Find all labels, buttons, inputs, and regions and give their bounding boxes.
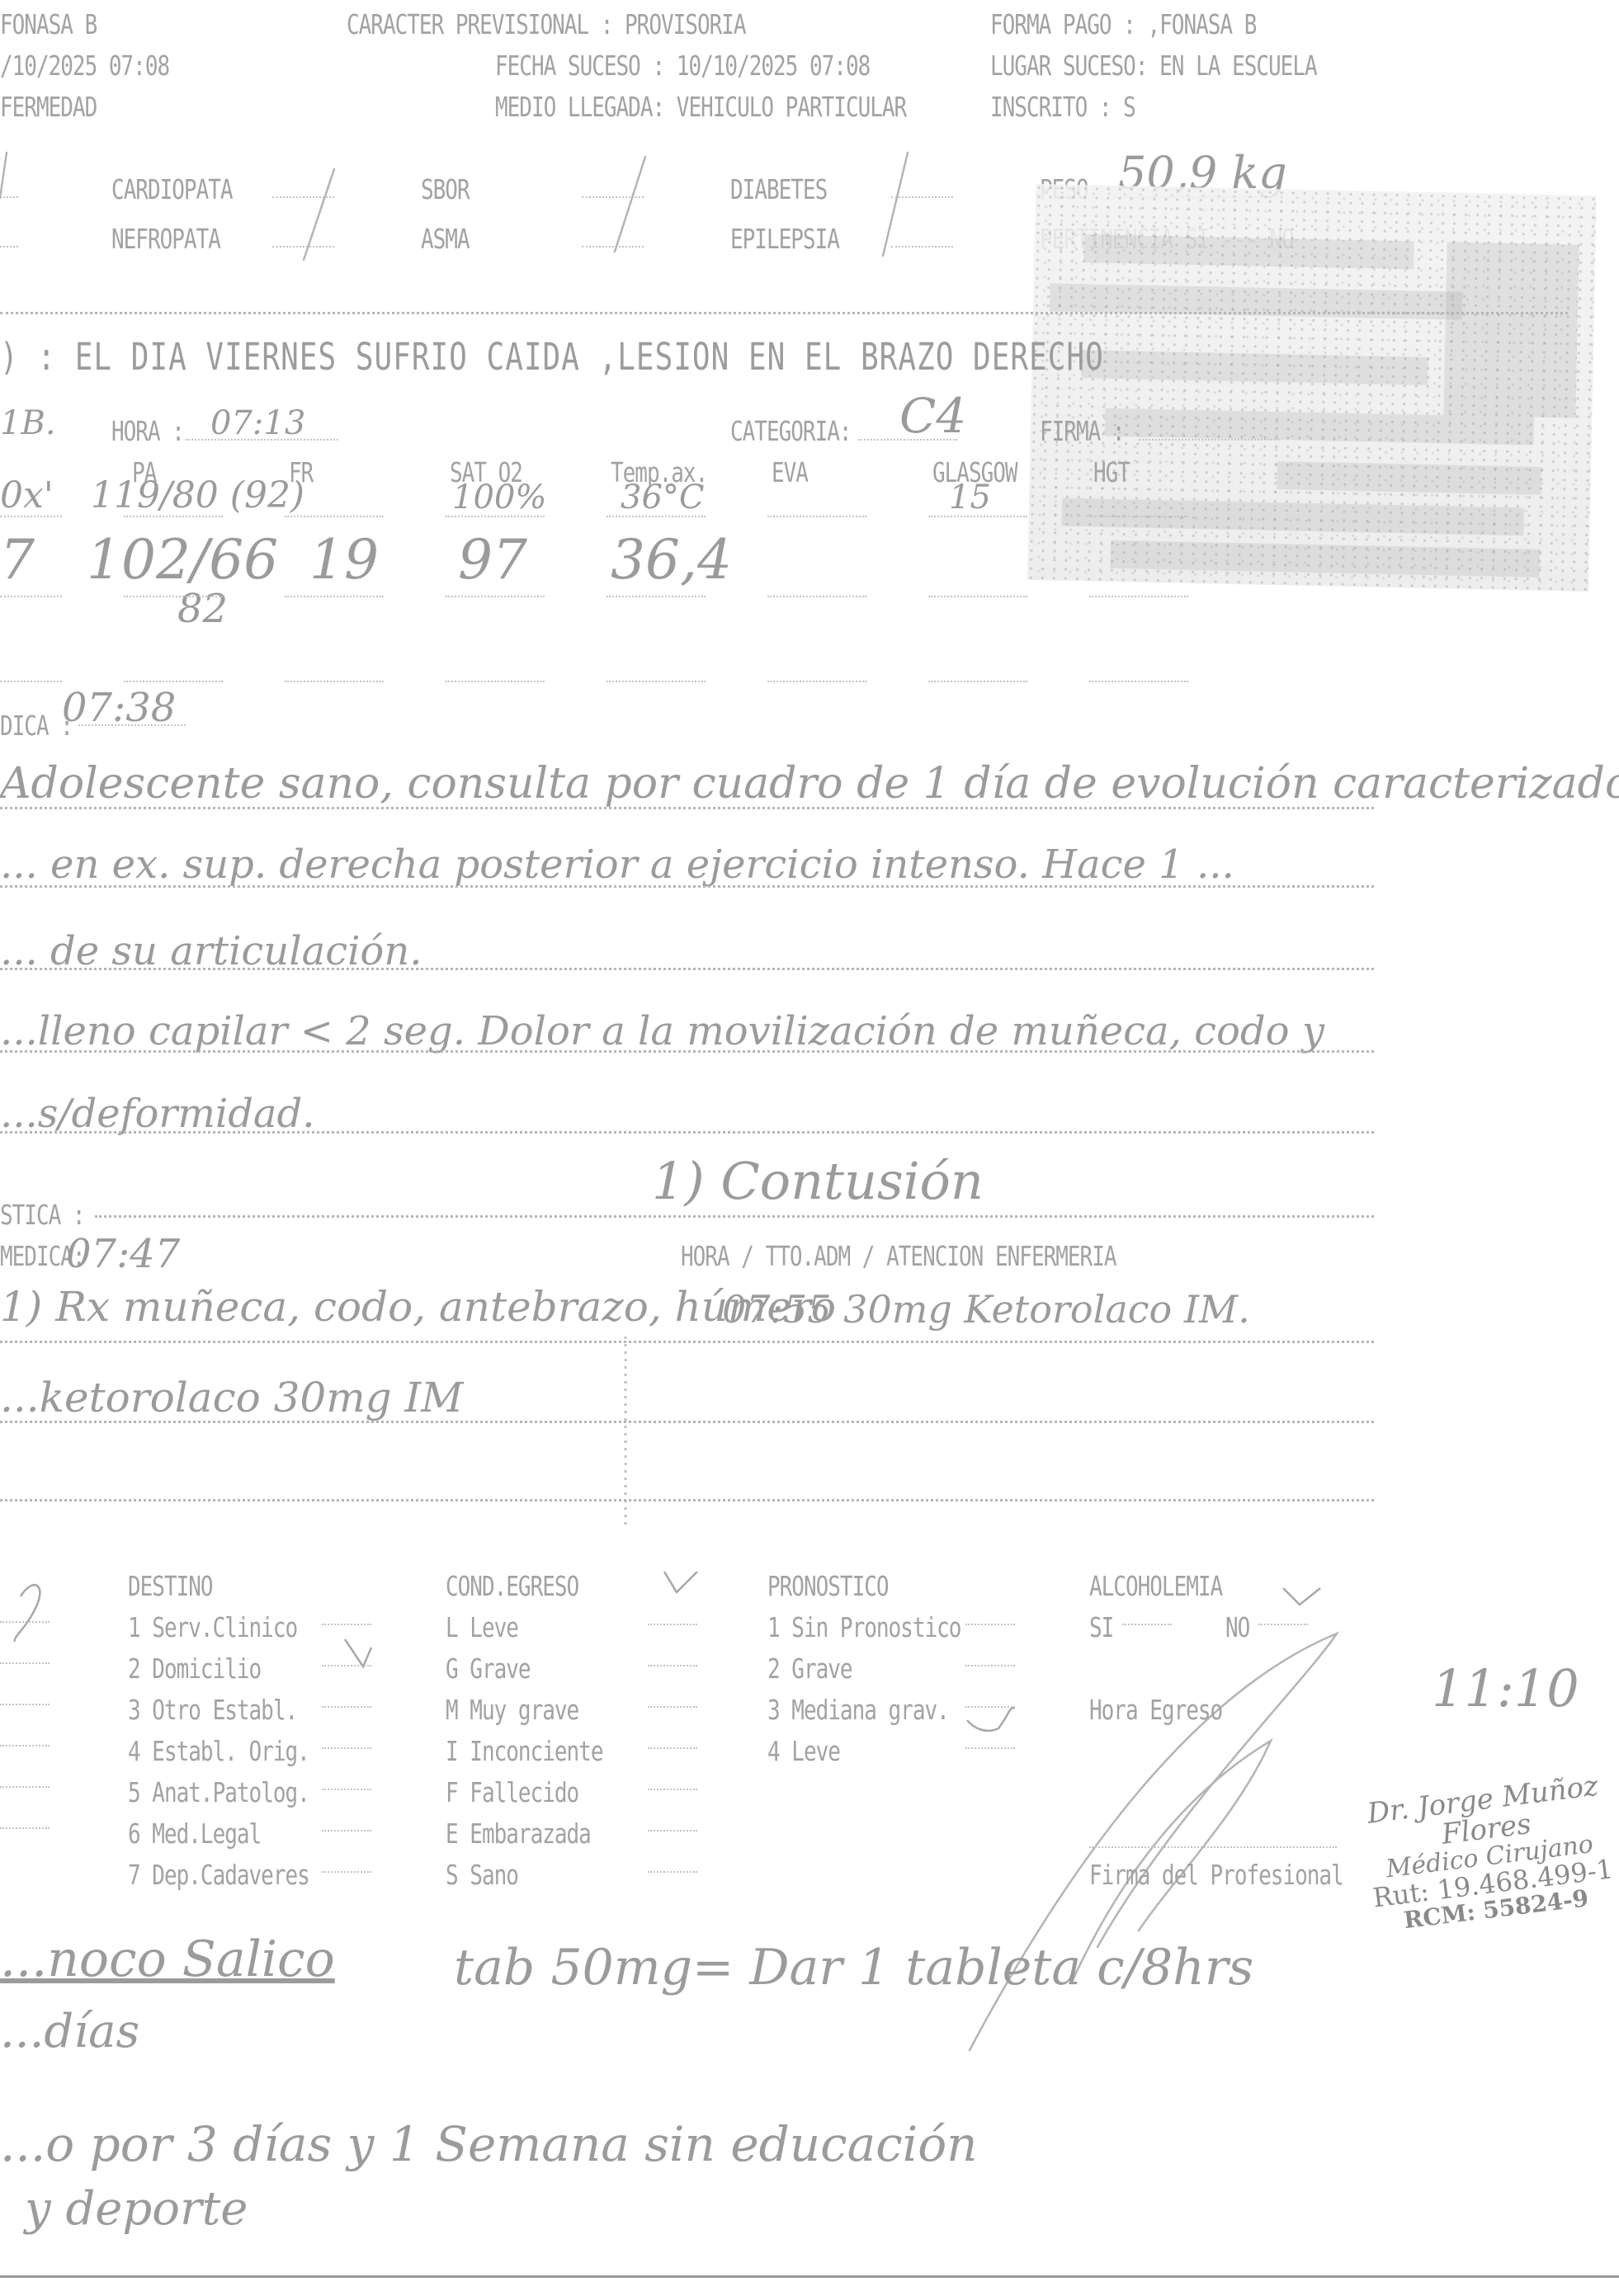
overlay-stamp [1027,184,1597,592]
cond-egreso-title: COND.EGRESO [446,1572,578,1603]
indicacion-time: 07:47 [66,1231,180,1277]
vital-row2-sat: 97 [458,528,527,592]
paper-edge [0,2275,1619,2278]
cond-egreso-option[interactable]: M Muy grave [446,1695,578,1727]
prescription-dose: tab 50mg= Dar 1 tableta c/8hrs [454,1939,1253,1997]
pronostico-title: PRONOSTICO [767,1572,889,1603]
motivo-consulta: ) : EL DIA VIERNES SUFRIO CAIDA ,LESION … [0,337,1104,379]
vital-header-hgt: HGT [1093,458,1130,489]
vital-row2-temp: 36,4 [611,528,732,592]
atencion-note-line: Adolescente sano, consulta por cuadro de… [0,759,1619,809]
destino-option[interactable]: 3 Otro Establ. [128,1695,297,1727]
cond-egreso-option[interactable]: L Leve [446,1613,518,1644]
vital-row2-fr: 19 [309,528,379,592]
firma-triage-label: FIRMA : [1040,417,1125,448]
vital-row2-pa: 102/66 [87,528,278,592]
vital-row2-pa-extra: 82 [177,586,228,632]
alcoholemia-no[interactable]: NO [1225,1613,1249,1644]
cond-egreso-option[interactable]: S Sano [446,1860,518,1892]
prescription-rest-2: y deporte [25,2182,248,2236]
enfermeria-note: 07:55 30mg Ketorolaco IM. [722,1287,1250,1332]
cond-egreso-option[interactable]: E Embarazada [446,1819,591,1850]
cond-egreso-option[interactable]: I Inconciente [446,1737,603,1768]
alcoholemia-si[interactable]: SI [1089,1613,1113,1644]
destino-option[interactable]: 6 Med.Legal [128,1819,261,1850]
prescription-rest: ...o por 3 días y 1 Semana sin educación [0,2116,978,2172]
hora-egreso-value: 11:10 [1432,1658,1579,1718]
destino-option[interactable]: 4 Establ. Orig. [128,1737,309,1768]
atencion-note-line: ...lleno capilar < 2 seg. Dolor a la mov… [0,1008,1324,1054]
triage-hora-value: 07:13 [210,404,305,442]
firma-profesional-label: Firma del Profesional [1089,1860,1343,1892]
prescription-duration: ...días [0,2005,139,2058]
enfermeria-header: HORA / TTO.ADM / ATENCION ENFERMERIA [681,1242,1116,1273]
cond-egreso-option[interactable]: G Grave [446,1654,531,1685]
atencion-note-line: ...s/deformidad. [0,1091,315,1137]
cond-egreso-option[interactable]: F Fallecido [446,1778,578,1809]
vital-row1-temp: 36°C [621,479,705,516]
alcoholemia-title: ALCOHOLEMIA [1089,1572,1222,1603]
vital-row2-lead: 7 [0,528,35,592]
triage-hora-label: HORA : [111,417,184,448]
triage-left-mark: 1B. [0,404,56,442]
destino-option[interactable]: 5 Anat.Patolog. [128,1778,309,1809]
vital-row1-lead: 0x' [0,474,54,516]
destino-title: DESTINO [128,1572,213,1603]
destino-option[interactable]: 7 Dep.Cadaveres [128,1860,309,1892]
diagnostico-label: STICA : [0,1200,85,1232]
destino-option[interactable]: 1 Serv.Clinico [128,1613,297,1644]
diagnostico-value: 1) Contusión [652,1151,984,1211]
vital-header-eva: EVA [772,458,808,489]
indicacion-note-line: ...ketorolaco 30mg IM [0,1374,463,1421]
vital-row1-glasgow: 15 [949,479,991,516]
pronostico-option[interactable]: 1 Sin Pronostico [767,1613,961,1644]
indicacion-note-line: 1) Rx muñeca, codo, antebrazo, húmero [0,1283,836,1331]
pronostico-option[interactable]: 2 Grave [767,1654,852,1685]
categoria-label: CATEGORIA: [730,417,852,448]
prescription-drug: ...noco Salico [0,1931,335,1988]
categoria-value: C4 [899,388,966,444]
destino-option[interactable]: 2 Domicilio [128,1654,261,1685]
vital-row1-pa: 119/80 (92) [91,474,304,516]
hora-egreso-label: Hora Egreso [1089,1695,1222,1727]
atencion-note-line: ... en ex. sup. derecha posterior a ejer… [0,842,1234,888]
pronostico-option[interactable]: 3 Mediana grav. [767,1695,949,1727]
pronostico-option[interactable]: 4 Leve [767,1737,840,1768]
vital-row1-sat: 100% [452,479,546,516]
